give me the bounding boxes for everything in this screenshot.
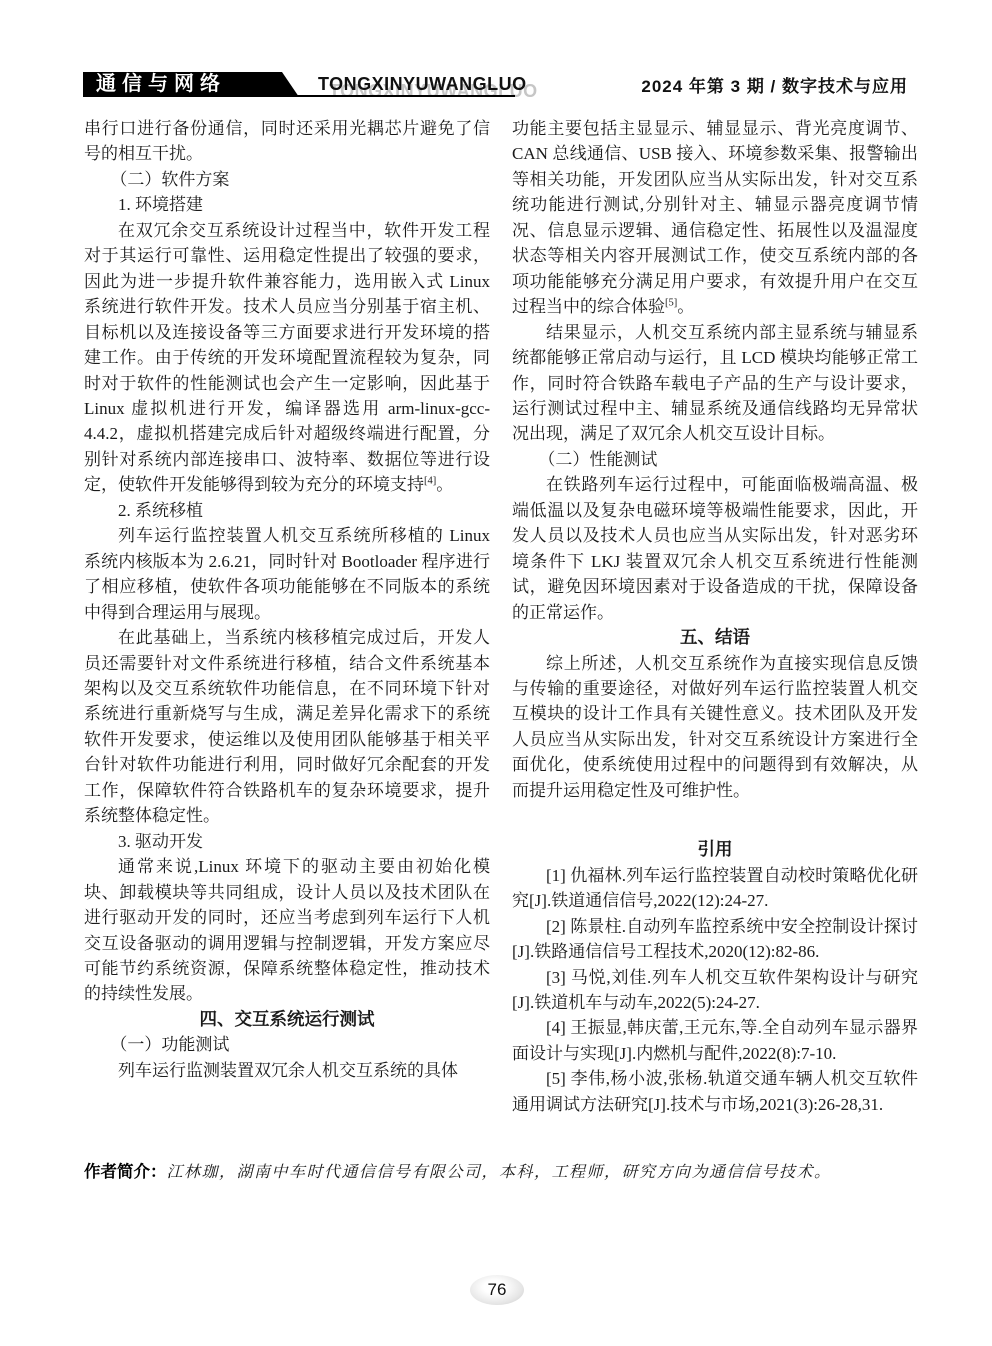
- paragraph: 结果显示，人机交互系统内部主显系统与辅显系统都能够正常启动与运行，且 LCD 模…: [512, 320, 918, 447]
- paragraph: 在铁路列车运行过程中，可能面临极端高温、极端低温以及复杂电磁环境等极端性能要求，…: [512, 472, 918, 625]
- paper-page: { "header": { "journal_cn": "通信与网络", "jo…: [0, 0, 992, 1346]
- journal-name-cn: 通信与网络: [83, 72, 226, 97]
- paragraph: 2. 系统移植: [84, 498, 490, 523]
- column-left: 串行口进行备份通信，同时还采用光耦芯片避免了信号的相互干扰。（二）软件方案1. …: [84, 116, 490, 1083]
- author-bio-label: 作者简介：: [84, 1163, 167, 1181]
- citation-ref: [5]: [665, 298, 677, 309]
- author-bio-line: 作者简介：江林珈，湖南中车时代通信信号有限公司，本科，工程师，研究方向为通信信号…: [84, 1160, 929, 1185]
- section-heading: 四、交互系统运行测试: [84, 1007, 490, 1032]
- column-right: 功能主要包括主显显示、辅显显示、背光亮度调节、CAN 总线通信、USB 接入、环…: [512, 116, 918, 1117]
- paragraph: [3] 马悦,刘佳.列车人机交互软件架构设计与研究[J].铁道机车与动车,202…: [512, 965, 918, 1016]
- paragraph: [4] 王振显,韩庆蕾,王元东,等.全自动列车显示器界面设计与实现[J].内燃机…: [512, 1015, 918, 1066]
- paragraph: （一）功能测试: [84, 1032, 490, 1057]
- paragraph: [1] 仇福林.列车运行监控装置自动校时策略优化研究[J].铁道通信信号,202…: [512, 863, 918, 914]
- citation-ref: [4]: [424, 476, 436, 487]
- paragraph: 在双冗余交互系统设计过程当中，软件开发工程对于其运行可靠性、运用稳定性提出了较强…: [84, 218, 490, 498]
- paragraph: [5] 李伟,杨小波,张杨.轨道交通车辆人机交互软件通用调试方法研究[J].技术…: [512, 1066, 918, 1117]
- author-bio-text: 江林珈，湖南中车时代通信信号有限公司，本科，工程师，研究方向为通信信号技术。: [167, 1164, 832, 1181]
- paragraph: （二）性能测试: [512, 447, 918, 472]
- section-heading: 五、结语: [512, 625, 918, 650]
- paragraph: 综上所述，人机交互系统作为直接实现信息反馈与传输的重要途径，对做好列车运行监控装…: [512, 651, 918, 804]
- paragraph: 列车运行监控装置人机交互系统所移植的 Linux 系统内核版本为 2.6.21，…: [84, 523, 490, 625]
- paragraph: 列车运行监测装置双冗余人机交互系统的具体: [84, 1058, 490, 1083]
- journal-pinyin: TONGXINYUWANGLUO: [318, 74, 527, 95]
- page-number: 76: [488, 1280, 507, 1300]
- paragraph: 通常来说,Linux 环境下的驱动主要由初始化模块、卸载模块等共同组成，设计人员…: [84, 854, 490, 1007]
- paragraph: 1. 环境搭建: [84, 192, 490, 217]
- page-number-badge: 76: [470, 1275, 524, 1305]
- issue-info: 2024 年第 3 期 / 数字技术与应用: [641, 72, 908, 97]
- paragraph: [2] 陈景柱.自动列车监控系统中安全控制设计探讨[J].铁路通信信号工程技术,…: [512, 914, 918, 965]
- journal-logo-banner: 通信与网络: [83, 72, 299, 97]
- paragraph: 功能主要包括主显显示、辅显显示、背光亮度调节、CAN 总线通信、USB 接入、环…: [512, 116, 918, 320]
- section-heading: 引用: [512, 837, 918, 862]
- paragraph: 串行口进行备份通信，同时还采用光耦芯片避免了信号的相互干扰。: [84, 116, 490, 167]
- paragraph: 在此基础上，当系统内核移植完成过后，开发人员还需要针对文件系统进行移植，结合文件…: [84, 625, 490, 829]
- paragraph: （二）软件方案: [84, 167, 490, 192]
- paragraph: 3. 驱动开发: [84, 829, 490, 854]
